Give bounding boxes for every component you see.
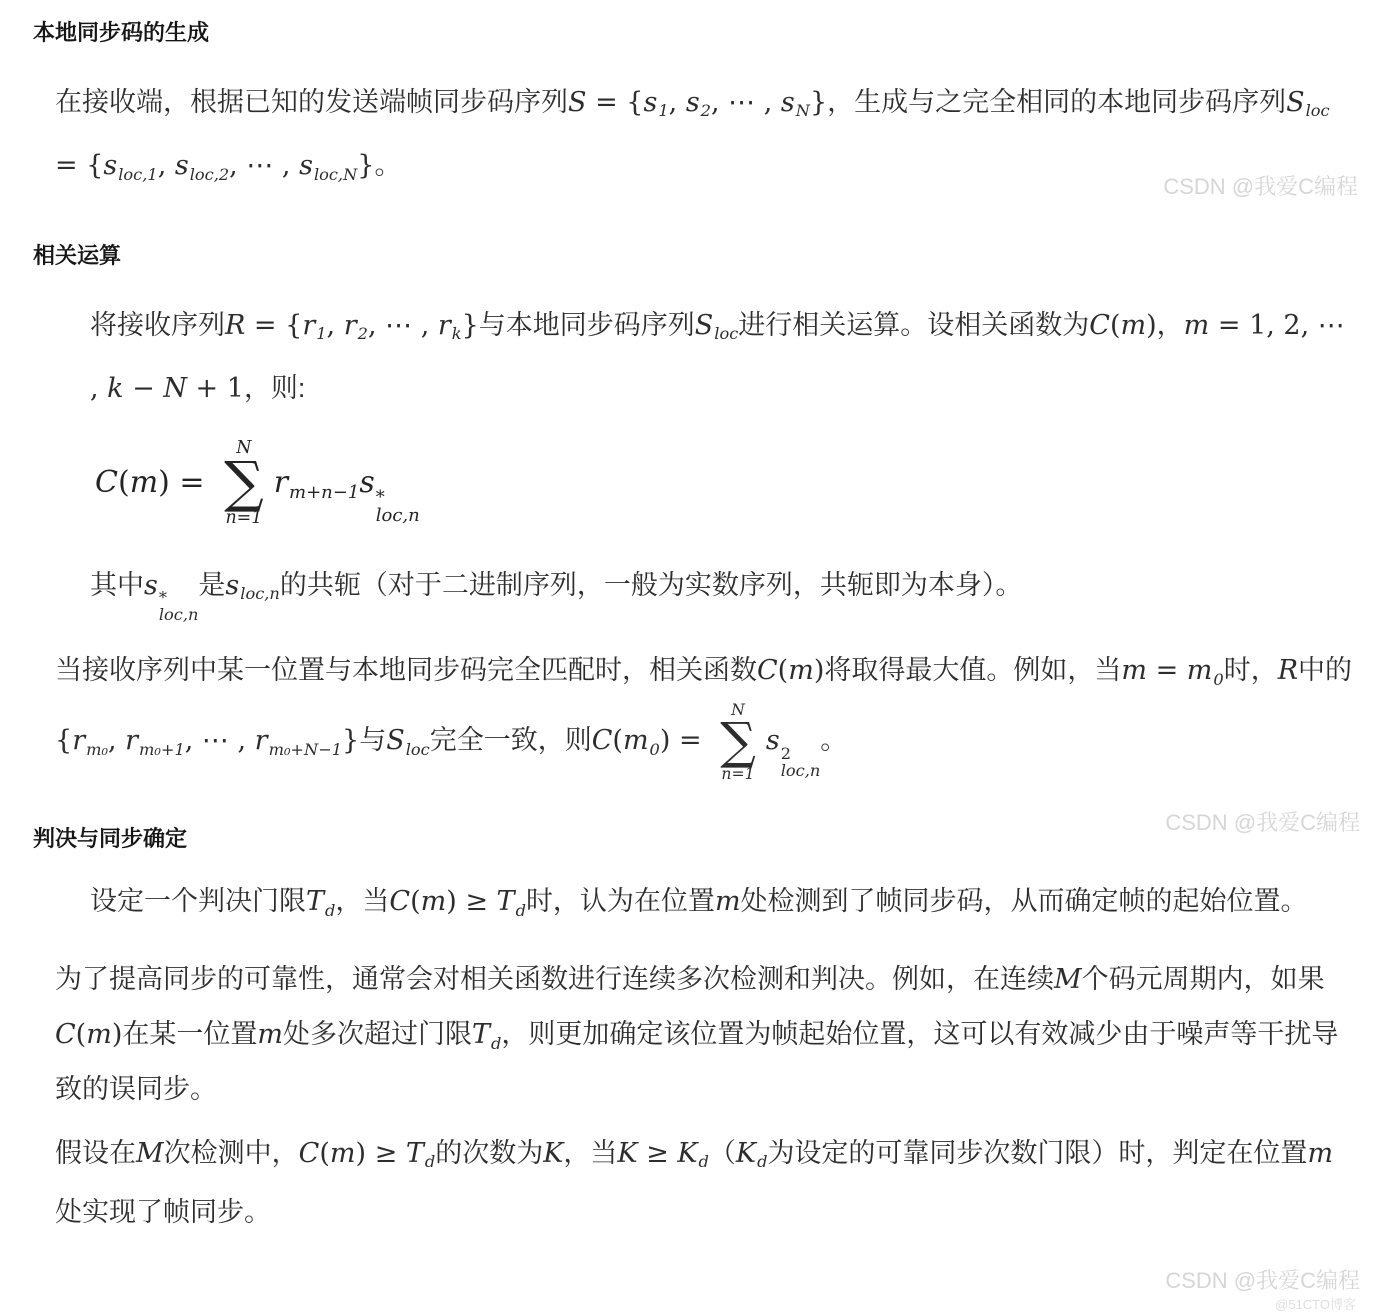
section-heading: 判决与同步确定 [33, 824, 1355, 855]
math-run: + 1 [187, 373, 244, 404]
math-run: rm+n−1 [274, 465, 360, 500]
math-run: m [86, 1019, 112, 1050]
math-run: = [1147, 655, 1187, 686]
summation-symbol: N∑n=1 [224, 440, 264, 528]
math-run: C [95, 465, 118, 500]
math-run: m [421, 886, 447, 917]
text-run: 个码元周期内，如果 [1082, 964, 1325, 994]
math-run: m0 [1187, 655, 1224, 686]
math-run: m [1121, 655, 1147, 686]
text-run: 进行相关运算。设相关函数为 [738, 310, 1089, 340]
math-run: S [568, 87, 587, 118]
paragraph: 在接收端，根据已知的发送端帧同步码序列S = {s1, s2, ⋯ , sN}，… [55, 71, 1355, 197]
text-run: 设定一个判决门限 [90, 886, 306, 916]
math-run: sloc,N [299, 150, 357, 181]
math-run: m [1307, 1138, 1333, 1169]
math-run: R [225, 310, 245, 341]
math-run: R [1278, 655, 1298, 686]
paragraph: 当接收序列中某一位置与本地同步码完全匹配时，相关函数C(m)将取得最大值。例如，… [55, 639, 1355, 781]
math-run: ( [118, 465, 130, 500]
text-run: （ [709, 1138, 736, 1168]
text-run: 在某一位置 [122, 1019, 257, 1049]
math-run: C [299, 1138, 320, 1169]
math-run: Kd [736, 1138, 768, 1169]
text-run: 是 [198, 570, 225, 600]
math-run: ( [76, 1019, 87, 1050]
math-run: , [108, 725, 125, 756]
section: 本地同步码的生成在接收端，根据已知的发送端帧同步码序列S = {s1, s2, … [33, 18, 1355, 197]
text-run: ， [1157, 310, 1184, 340]
math-run: ≥ [638, 1138, 678, 1169]
math-run: rm₀+N−1 [255, 725, 342, 756]
text-run: 次检测中， [164, 1138, 299, 1168]
text-run: 当接收序列中某一位置与本地同步码完全匹配时，相关函数 [55, 655, 757, 685]
text-run: 处检测到了帧同步码，从而确定帧的起始位置。 [741, 886, 1308, 916]
math-run: C [592, 725, 613, 756]
math-run: Td [406, 1138, 435, 1169]
math-run: Td [306, 886, 335, 917]
math-run: C [757, 655, 778, 686]
math-run: Sloc [695, 310, 739, 341]
article-page: { "page": { "background": "#ffffff", "te… [0, 0, 1400, 1313]
text-run: 处多次超过门限 [283, 1019, 472, 1049]
math-run: r1 [302, 310, 326, 341]
math-formula: C(m) = N∑n=1rm+n−1s*loc,n [95, 440, 1355, 528]
watermark-csdn-bottom: CSDN @我爱C编程 [1165, 1264, 1360, 1295]
math-run: M [136, 1138, 164, 1169]
text-run: ，当 [563, 1138, 617, 1168]
text-run: ，生成与之完全相同的本地同步码序列 [827, 87, 1286, 117]
text-run: ，则: [244, 373, 306, 403]
math-run: Kd [677, 1138, 709, 1169]
math-run: ) [814, 655, 825, 686]
math-run: K [543, 1138, 563, 1169]
text-run: 时，认为在位置 [526, 886, 715, 916]
math-run: s*loc,n [144, 570, 198, 601]
math-run: ) [1146, 310, 1157, 341]
text-run: 为了提高同步的可靠性，通常会对相关函数进行连续多次检测和判决。例如，在连续 [55, 964, 1054, 994]
math-run: k [107, 373, 123, 404]
math-run: C [1089, 310, 1110, 341]
math-run: } [810, 87, 827, 118]
math-run: ) [112, 1019, 123, 1050]
section-heading: 相关运算 [33, 241, 1355, 272]
math-run: Sloc [386, 725, 430, 756]
paragraph: 其中s*loc,n是sloc,n的共轭（对于二进制序列，一般为实数序列，共轭即为… [90, 554, 1355, 624]
math-run: { [55, 725, 72, 756]
text-run: 其中 [90, 570, 144, 600]
text-run: 处实现了帧同步。 [55, 1197, 271, 1227]
article-body: 本地同步码的生成在接收端，根据已知的发送端帧同步码序列S = {s1, s2, … [0, 0, 1400, 1241]
math-run: , ⋯ , [368, 310, 438, 341]
math-run: m [1184, 310, 1210, 341]
math-run: C [389, 886, 410, 917]
math-run: s1 [643, 87, 668, 118]
math-run: , [327, 310, 344, 341]
math-run: ) = [158, 465, 214, 500]
math-run: s2 [686, 87, 711, 118]
math-run: m [257, 1019, 283, 1050]
text-run: 时， [1224, 655, 1278, 685]
text-run: 将接收序列 [90, 310, 225, 340]
math-run: ( [319, 1138, 330, 1169]
math-run: m [130, 465, 158, 500]
math-run: , [158, 150, 175, 181]
math-run: r2 [344, 310, 368, 341]
math-run: ( [1110, 310, 1121, 341]
text-run: 的共轭（对于二进制序列，一般为实数序列，共轭即为本身）。 [280, 570, 1023, 600]
math-run: sloc,2 [175, 150, 229, 181]
math-run: N [163, 373, 187, 404]
math-run: , ⋯ , [229, 150, 299, 181]
text-run: 的次数为 [435, 1138, 543, 1168]
paragraph: 设定一个判决门限Td，当C(m) ≥ Td时，认为在位置m处检测到了帧同步码，从… [90, 870, 1355, 933]
math-run: = { [55, 150, 103, 181]
math-run: sloc,n [225, 570, 279, 601]
watermark-51cto: @51CTO博客 [1275, 1294, 1356, 1313]
math-run: ) ≥ [355, 1138, 405, 1169]
section: 判决与同步确定设定一个判决门限Td，当C(m) ≥ Td时，认为在位置m处检测到… [33, 824, 1355, 1241]
math-run: } [357, 150, 374, 181]
math-run: ( [612, 725, 623, 756]
math-run: C [55, 1019, 76, 1050]
math-run: Sloc [1286, 87, 1330, 118]
math-run: rm₀+1 [125, 725, 185, 756]
math-run: m [788, 655, 814, 686]
summation-symbol: N∑n=1 [720, 702, 756, 781]
math-run: Td [497, 886, 526, 917]
math-run: m [1121, 310, 1147, 341]
text-run: 中的 [1298, 655, 1352, 685]
text-run: 将取得最大值。例如，当 [824, 655, 1121, 685]
text-run: 与 [359, 725, 386, 755]
math-run: = { [245, 310, 302, 341]
math-run: − [124, 373, 164, 404]
math-run: rk [438, 310, 462, 341]
math-run: M [1054, 964, 1082, 995]
math-run: } [462, 310, 479, 341]
math-run: , [669, 87, 686, 118]
text-run: 。 [374, 150, 401, 180]
text-run: 在接收端，根据已知的发送端帧同步码序列 [55, 87, 568, 117]
math-run: , ⋯ , [185, 725, 255, 756]
paragraph: 为了提高同步的可靠性，通常会对相关函数进行连续多次检测和判决。例如，在连续M个码… [55, 952, 1355, 1118]
paragraph: 假设在M次检测中，C(m) ≥ Td的次数为K，当K ≥ Kd（Kd为设定的可靠… [55, 1124, 1355, 1241]
text-run: 。 [820, 725, 847, 755]
math-run: ) ≥ [446, 886, 496, 917]
math-run: , ⋯ , [711, 87, 781, 118]
math-run: s*loc,n [359, 465, 419, 500]
math-run: m [330, 1138, 356, 1169]
math-run: sN [781, 87, 810, 118]
text-run: 完全一致，则 [430, 725, 592, 755]
section: 相关运算将接收序列R = {r1, r2, ⋯ , rk}与本地同步码序列Slo… [33, 241, 1355, 782]
text-run: 为设定的可靠同步次数门限）时，判定在位置 [767, 1138, 1307, 1168]
math-run: rm₀ [72, 725, 108, 756]
math-run: = { [587, 87, 644, 118]
text-run: 与本地同步码序列 [479, 310, 695, 340]
math-run: ( [410, 886, 421, 917]
math-run: Td [472, 1019, 501, 1050]
math-run: K [617, 1138, 637, 1169]
text-run: 假设在 [55, 1138, 136, 1168]
math-run: m0 [623, 725, 660, 756]
section-heading: 本地同步码的生成 [33, 18, 1355, 49]
math-run: s2loc,n [766, 725, 820, 756]
math-run: } [342, 725, 359, 756]
paragraph: 将接收序列R = {r1, r2, ⋯ , rk}与本地同步码序列Sloc进行相… [90, 294, 1355, 420]
math-run: m [715, 886, 741, 917]
math-run: ) = [660, 725, 710, 756]
text-run: ，当 [335, 886, 389, 916]
math-run: sloc,1 [103, 150, 157, 181]
math-run: ( [778, 655, 789, 686]
